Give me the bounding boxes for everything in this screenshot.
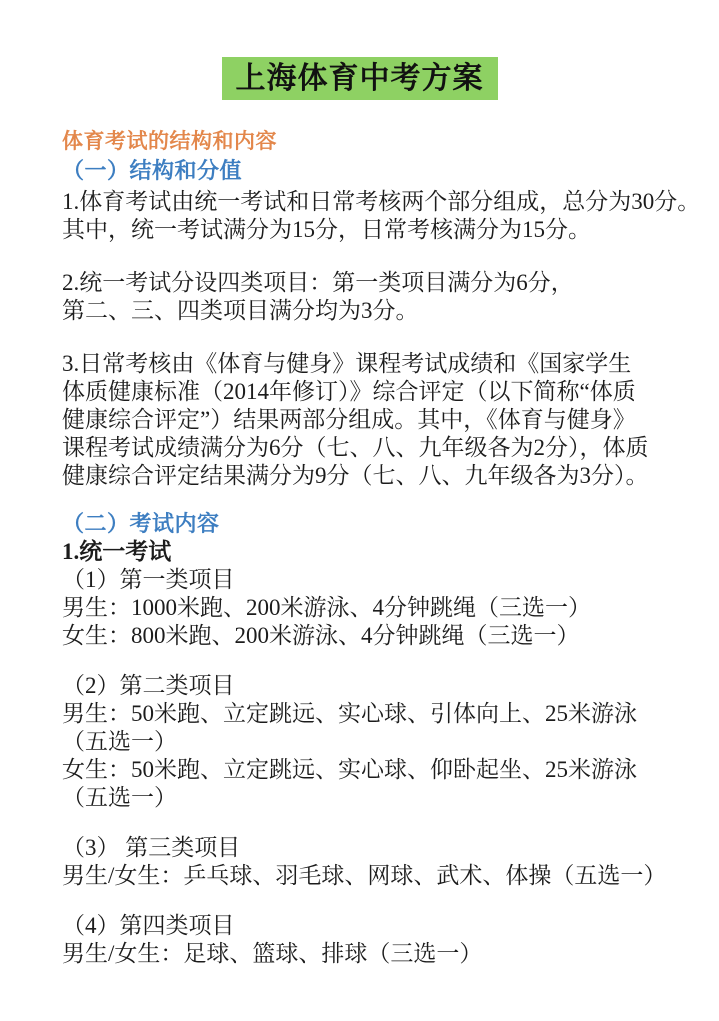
category-line: （五选一） — [62, 784, 691, 812]
category-line: 男生：1000米跑、200米游泳、4分钟跳绳（三选一） — [62, 594, 691, 622]
title-block: 上海体育中考方案 — [28, 0, 691, 100]
document-page: 上海体育中考方案 体育考试的结构和内容 （一）结构和分值 1.体育考试由统一考试… — [0, 0, 719, 1021]
subsection-heading-structure: （一）结构和分值 — [62, 157, 691, 185]
paragraph-line: 3.日常考核由《体育与健身》课程考试成绩和《国家学生 — [62, 350, 691, 378]
paragraph-line: 健康综合评定”）结果两部分组成。其中，《体育与健身》 — [62, 406, 691, 434]
paragraph-line: 2.统一考试分设四类项目：第一类项目满分为6分， — [62, 269, 691, 297]
paragraph-line: 第二、三、四类项目满分均为3分。 — [62, 297, 691, 325]
section-heading: 体育考试的结构和内容 — [62, 130, 691, 154]
category-4: （4）第四类项目 男生/女生：足球、篮球、排球（三选一） — [62, 912, 691, 968]
paragraph-line: 课程考试成绩满分为6分（七、八、九年级各为2分），体质 — [62, 434, 691, 462]
category-2: （2）第二类项目 男生：50米跑、立定跳远、实心球、引体向上、25米游泳 （五选… — [62, 672, 691, 812]
unified-exam-subheading: 1.统一考试 — [62, 538, 691, 566]
category-label: （3） 第三类项目 — [62, 834, 691, 862]
category-line: 男生/女生：乒乓球、羽毛球、网球、武术、体操（五选一） — [62, 862, 691, 890]
category-label: （1）第一类项目 — [62, 566, 691, 594]
category-line: 男生：50米跑、立定跳远、实心球、引体向上、25米游泳 — [62, 700, 691, 728]
category-line: 女生：50米跑、立定跳远、实心球、仰卧起坐、25米游泳 — [62, 756, 691, 784]
category-3: （3） 第三类项目 男生/女生：乒乓球、羽毛球、网球、武术、体操（五选一） — [62, 834, 691, 890]
paragraph-1: 1.体育考试由统一考试和日常考核两个部分组成，总分为30分。 其中，统一考试满分… — [62, 188, 691, 244]
paragraph-3: 3.日常考核由《体育与健身》课程考试成绩和《国家学生 体质健康标准（2014年修… — [62, 350, 691, 490]
category-label: （2）第二类项目 — [62, 672, 691, 700]
paragraph-2: 2.统一考试分设四类项目：第一类项目满分为6分， 第二、三、四类项目满分均为3分… — [62, 269, 691, 325]
paragraph-line: 其中，统一考试满分为15分，日常考核满分为15分。 — [62, 216, 691, 244]
category-line: 男生/女生：足球、篮球、排球（三选一） — [62, 940, 691, 968]
category-line: （五选一） — [62, 728, 691, 756]
subsection-heading-content: （二）考试内容 — [62, 510, 691, 538]
paragraph-line: 体质健康标准（2014年修订）》综合评定（以下简称“体质 — [62, 378, 691, 406]
category-1: （1）第一类项目 男生：1000米跑、200米游泳、4分钟跳绳（三选一） 女生：… — [62, 566, 691, 650]
category-label: （4）第四类项目 — [62, 912, 691, 940]
paragraph-line: 1.体育考试由统一考试和日常考核两个部分组成，总分为30分。 — [62, 188, 691, 216]
paragraph-line: 健康综合评定结果满分为9分（七、八、九年级各为3分）。 — [62, 462, 691, 490]
page-title: 上海体育中考方案 — [222, 57, 498, 100]
category-line: 女生：800米跑、200米游泳、4分钟跳绳（三选一） — [62, 622, 691, 650]
